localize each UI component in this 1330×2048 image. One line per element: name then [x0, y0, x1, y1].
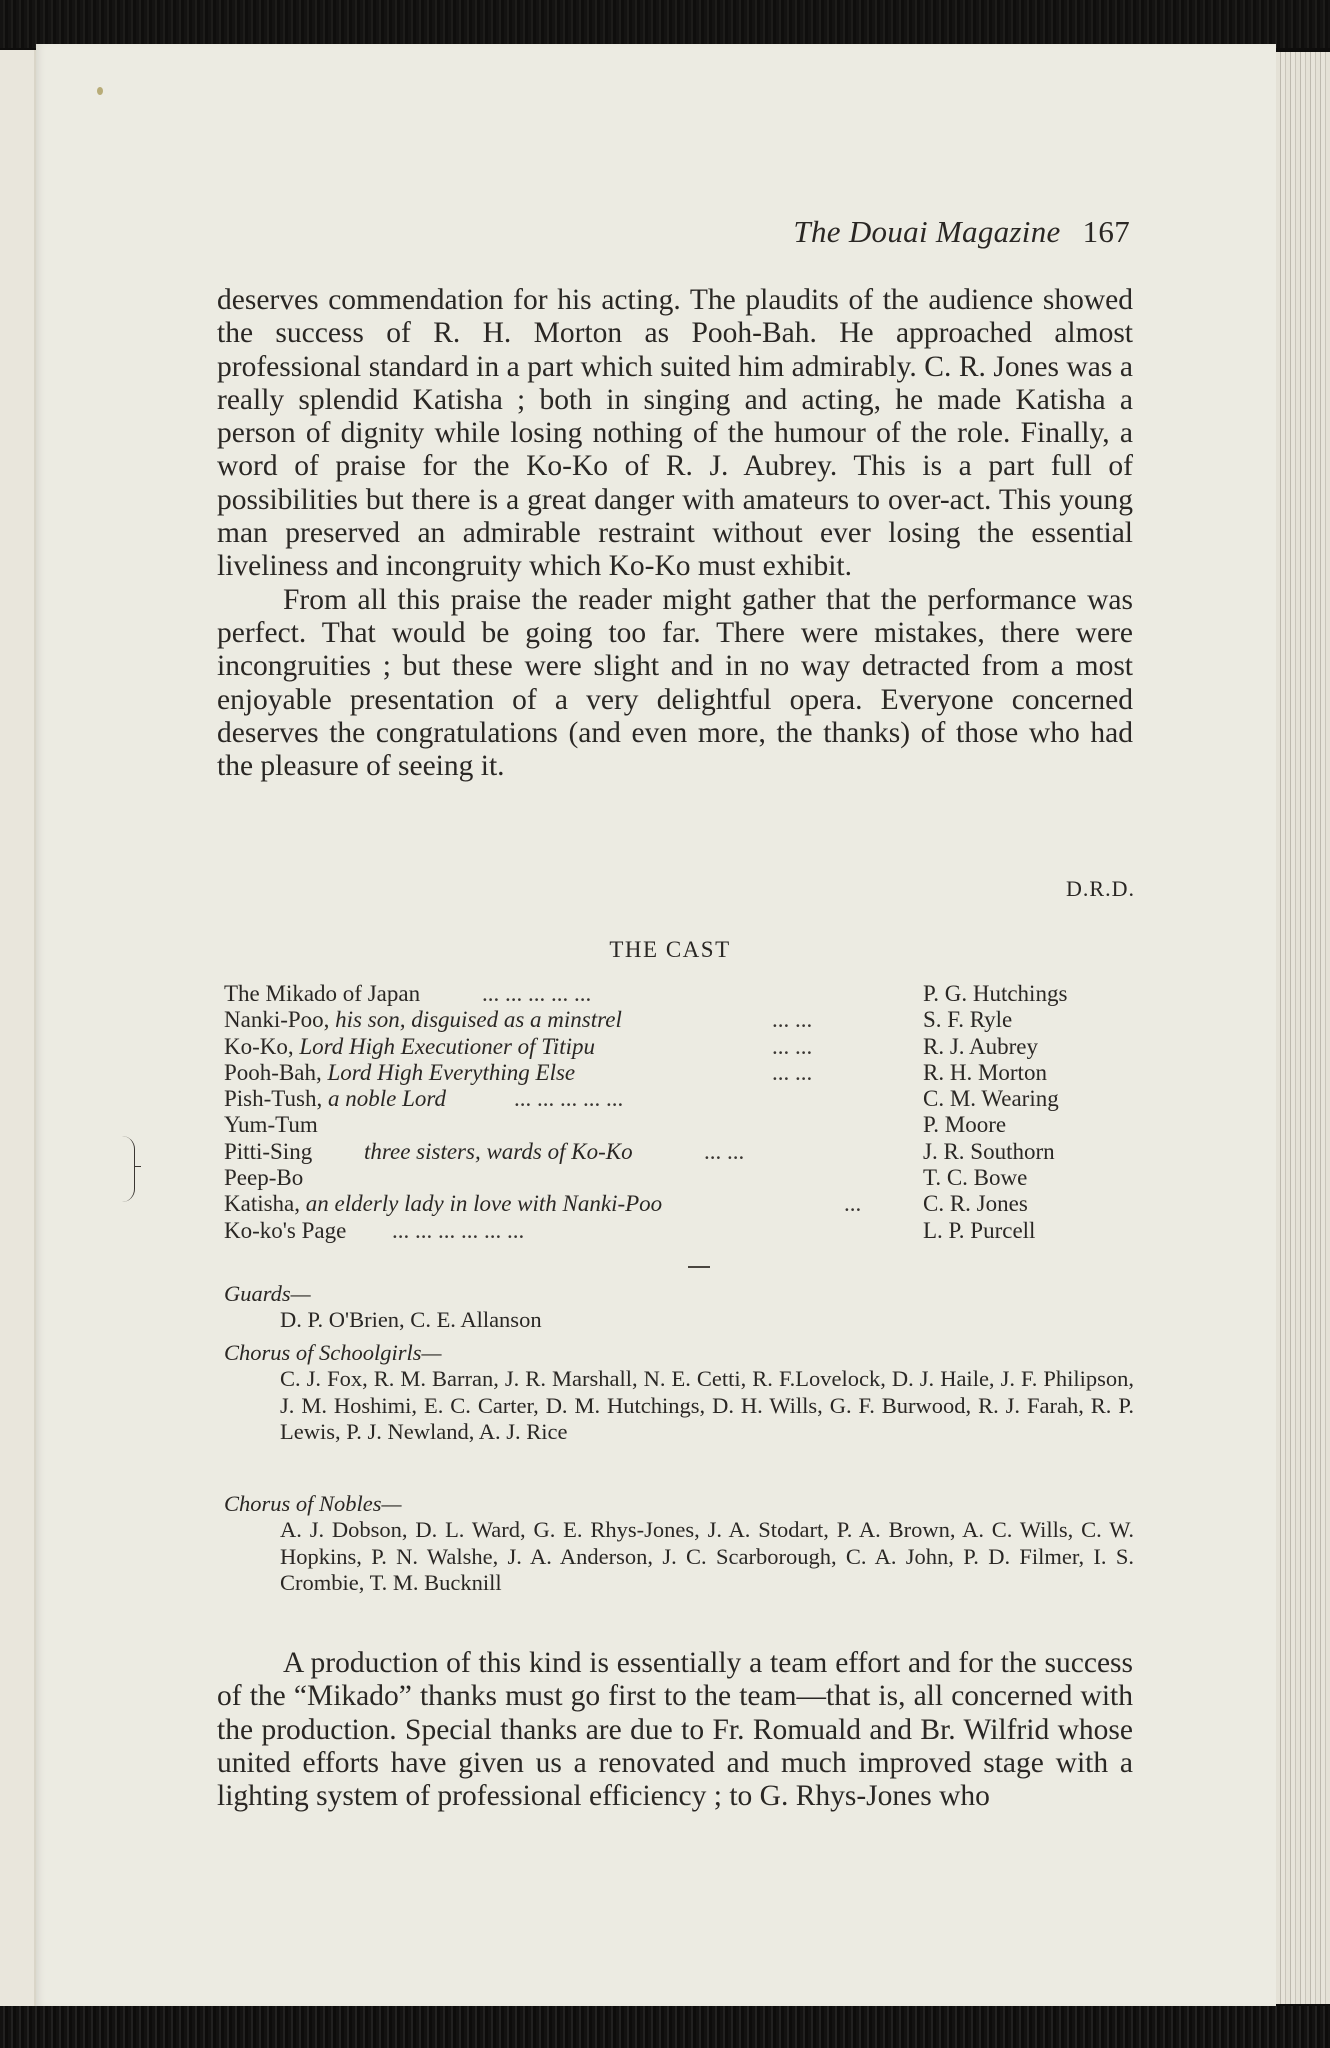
actor-name: P. G. Hutchings	[923, 981, 1067, 1007]
leader-dots: ... ...	[772, 1060, 812, 1086]
grouping-brace-tip	[134, 1166, 141, 1167]
review-paragraph-1: deserves commendation for his acting. Th…	[217, 284, 1133, 584]
role-description: a noble Lord	[328, 1086, 446, 1111]
role-name: The Mikado of Japan	[224, 981, 420, 1006]
cast-row: Ko-Ko, Lord High Executioner of Titipu .…	[224, 1034, 1134, 1060]
role-name: Yum-Tum	[224, 1112, 318, 1137]
cast-row: Nanki-Poo, his son, disguised as a minst…	[224, 1007, 1134, 1033]
guards-section: Guards— D. P. O'Brien, C. E. Allanson	[224, 1281, 1134, 1334]
actor-name: C. R. Jones	[923, 1191, 1028, 1217]
publication-title: The Douai Magazine	[793, 214, 1060, 249]
schoolgirls-label: Chorus of Schoolgirls—	[224, 1340, 1134, 1366]
leader-dots: ... ...	[772, 1007, 812, 1033]
actor-name: C. M. Wearing	[923, 1086, 1059, 1112]
closing-paragraph: A production of this kind is essentially…	[217, 1647, 1133, 1813]
grouping-brace	[122, 1136, 135, 1202]
cast-row: Ko-ko's Page ... ... ... ... ... ... L. …	[224, 1218, 1134, 1244]
schoolgirls-section: Chorus of Schoolgirls— C. J. Fox, R. M. …	[224, 1340, 1134, 1445]
actor-name: S. F. Ryle	[923, 1007, 1012, 1033]
role-name: Peep-Bo	[224, 1165, 303, 1190]
page-stack-edge	[1276, 52, 1330, 2004]
actor-name: P. Moore	[923, 1112, 1006, 1138]
nobles-label: Chorus of Nobles—	[224, 1491, 1134, 1517]
leader-dots: ...	[844, 1191, 861, 1217]
role-description: Lord High Everything Else	[328, 1060, 576, 1085]
closing-text: A production of this kind is essentially…	[217, 1647, 1133, 1813]
actor-name: R. H. Morton	[923, 1060, 1047, 1086]
role-name: Ko-Ko,	[224, 1034, 299, 1059]
section-divider	[688, 1266, 710, 1268]
cast-row: Pooh-Bah, Lord High Everything Else ... …	[224, 1060, 1134, 1086]
cast-row: Katisha, an elderly lady in love with Na…	[224, 1191, 1134, 1217]
page-number: 167	[1083, 214, 1130, 249]
actor-name: J. R. Southorn	[923, 1139, 1055, 1165]
cast-row: The Mikado of Japan ... ... ... ... ... …	[224, 981, 1134, 1007]
role-name: Nanki-Poo,	[224, 1007, 335, 1032]
leader-dots: ... ...	[704, 1139, 744, 1165]
leader-dots: ... ... ... ... ...	[514, 1086, 623, 1112]
leader-dots: ... ... ... ... ...	[482, 981, 591, 1007]
role-description: an elderly lady in love with Nanki-Poo	[306, 1191, 662, 1216]
leader-dots: ... ...	[772, 1034, 812, 1060]
guards-label: Guards—	[224, 1281, 1134, 1307]
role-name: Ko-ko's Page	[224, 1218, 346, 1243]
cast-row: Pitti-Sing three sisters, wards of Ko-Ko…	[224, 1139, 1134, 1165]
book-cover-bottom	[0, 2006, 1330, 2048]
cast-row: Peep-Bo T. C. Bowe	[224, 1165, 1134, 1191]
role-description: three sisters, wards of Ko-Ko	[364, 1139, 633, 1165]
role-name: Katisha,	[224, 1191, 306, 1216]
review-text: deserves commendation for his acting. Th…	[217, 284, 1133, 783]
actor-name: L. P. Purcell	[923, 1218, 1035, 1244]
role-name: Pish-Tush,	[224, 1086, 328, 1111]
cast-list: The Mikado of Japan ... ... ... ... ... …	[224, 981, 1134, 1244]
role-description: his son, disguised as a minstrel	[335, 1007, 622, 1032]
leader-dots: ... ... ... ... ... ...	[392, 1218, 524, 1244]
paper-blemish	[97, 87, 103, 95]
running-head: The Douai Magazine167	[210, 214, 1130, 250]
book-cover-top	[0, 0, 1330, 48]
schoolgirls-names: C. J. Fox, R. M. Barran, J. R. Marshall,…	[224, 1366, 1134, 1445]
nobles-names: A. J. Dobson, D. L. Ward, G. E. Rhys-Jon…	[224, 1517, 1134, 1596]
actor-name: T. C. Bowe	[923, 1165, 1027, 1191]
guards-names: D. P. O'Brien, C. E. Allanson	[224, 1307, 1134, 1333]
cast-row: Yum-Tum P. Moore	[224, 1112, 1134, 1138]
actor-name: R. J. Aubrey	[923, 1034, 1038, 1060]
role-name: Pooh-Bah,	[224, 1060, 328, 1085]
cast-row: Pish-Tush, a noble Lord ... ... ... ... …	[224, 1086, 1134, 1112]
author-signature: D.R.D.	[900, 876, 1135, 902]
nobles-section: Chorus of Nobles— A. J. Dobson, D. L. Wa…	[224, 1491, 1134, 1596]
review-paragraph-2: From all this praise the reader might ga…	[217, 584, 1133, 784]
role-name: Pitti-Sing	[224, 1139, 312, 1164]
left-page-edge	[0, 50, 36, 2006]
role-description: Lord High Executioner of Titipu	[299, 1034, 595, 1059]
cast-heading: THE CAST	[210, 937, 1130, 963]
